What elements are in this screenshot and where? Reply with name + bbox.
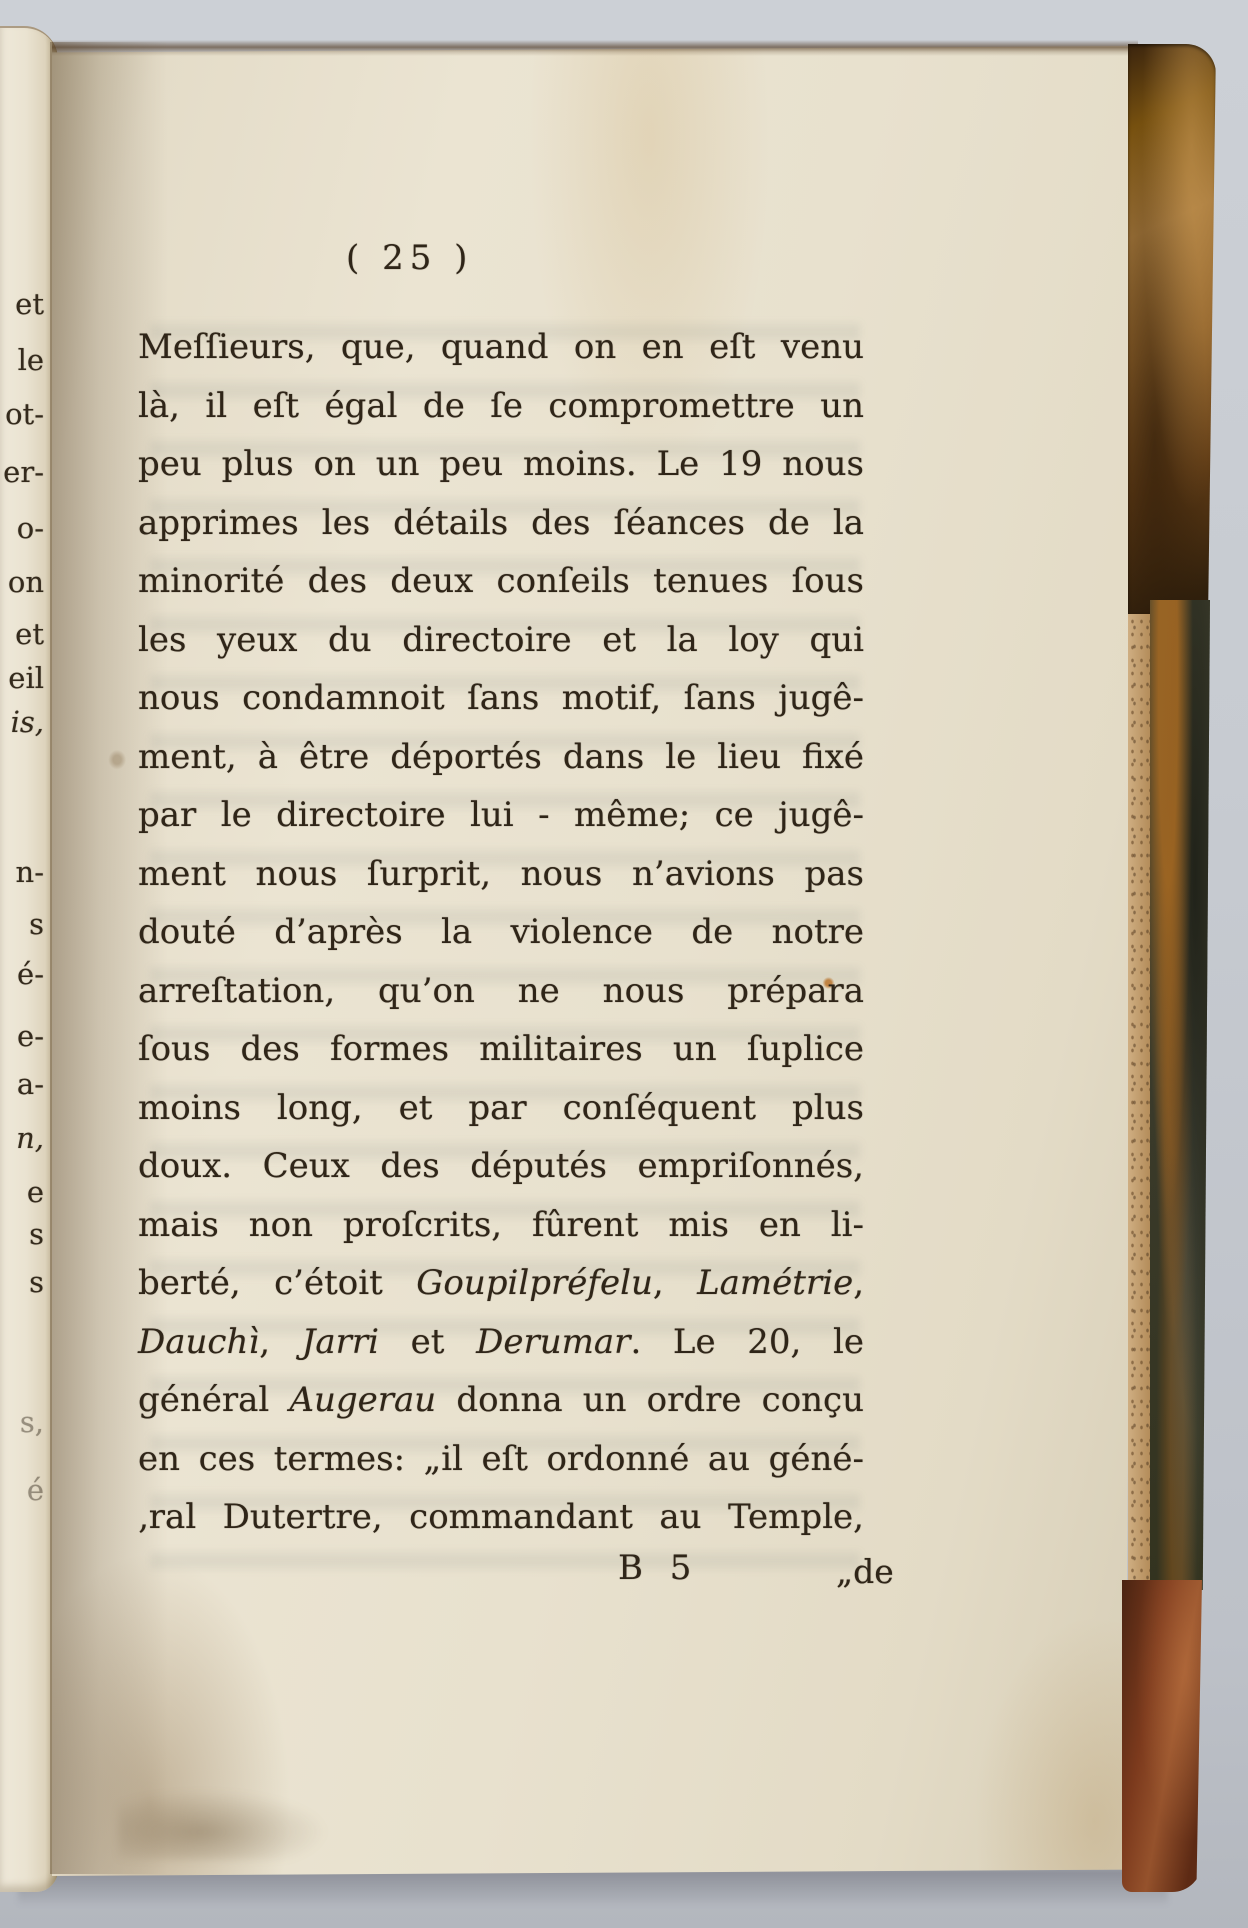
body-line-text: ,	[259, 1322, 301, 1362]
left-page-text-fragment: é	[0, 1476, 49, 1505]
body-line-text: en ces termes: „il eſt ordonné au géné-	[138, 1439, 864, 1479]
cover-leather-edge	[1122, 1580, 1202, 1892]
cover-marbled-board	[1150, 600, 1210, 1590]
body-line-text: apprimes les détails des ſéances de la	[138, 503, 864, 543]
body-line-text: mais non proſcrits, fûrent mis en li-	[138, 1205, 864, 1245]
body-line-text: peu plus on un peu moins. Le 19 nous	[138, 444, 864, 484]
signature-mark: B 5	[618, 1548, 699, 1588]
body-line: ‚ral Dutertre, commandant au Temple,	[138, 1488, 864, 1547]
body-line: nous condamnoit ſans motif, ſans jugê-	[138, 669, 864, 728]
body-line: doux. Ceux des députés empriſonnés,	[138, 1137, 864, 1196]
body-line-text: là, il eſt égal de ſe compromettre un	[138, 386, 864, 426]
italic-proper-name: Augerau	[289, 1380, 436, 1420]
body-line-text: ment, à être déportés dans le lieu fixé	[138, 737, 864, 777]
body-line-text: doux. Ceux des députés empriſonnés,	[138, 1146, 864, 1186]
body-line: berté, c’étoit Goupilpréfelu, Lamétrie,	[138, 1254, 864, 1313]
left-page-text-fragment: ot-	[0, 400, 49, 429]
body-line: les yeux du directoire et la loy qui	[138, 611, 864, 670]
left-page-text-fragment: n-	[0, 858, 49, 887]
body-line: arreſtation, qu’on ne nous prépara	[138, 962, 864, 1021]
body-line-text: et	[379, 1322, 476, 1362]
left-page-text-fragment: is,	[0, 708, 49, 737]
body-line-text: ment nous ſurprit, nous n’avions pas	[138, 854, 864, 894]
body-line-text: ‚ral Dutertre, commandant au Temple,	[138, 1497, 864, 1537]
left-page-text-fragment: s	[0, 1268, 49, 1297]
body-line: peu plus on un peu moins. Le 19 nous	[138, 435, 864, 494]
body-line-text: nous condamnoit ſans motif, ſans jugê-	[138, 678, 864, 718]
left-page-text-fragment: s	[0, 1220, 49, 1249]
body-line-text: Meſſieurs, que, quand on en eſt venu	[138, 327, 864, 367]
body-line: douté d’après la violence de notre	[138, 903, 864, 962]
body-line: minorité des deux conſeils tenues ſous	[138, 552, 864, 611]
body-line: là, il eſt égal de ſe compromettre un	[138, 377, 864, 436]
left-page-text-fragment: e	[0, 1178, 49, 1207]
body-line: Dauchì, Jarri et Derumar. Le 20, le	[138, 1313, 864, 1372]
body-line: ment nous ſurprit, nous n’avions pas	[138, 845, 864, 904]
body-line: mais non proſcrits, fûrent mis en li-	[138, 1196, 864, 1255]
body-line-text: donna un ordre conçu	[436, 1380, 864, 1420]
left-page-text-fragment: s	[0, 910, 49, 939]
italic-proper-name: Derumar	[476, 1322, 630, 1362]
left-page-text-fragment: on	[0, 568, 49, 597]
body-line-text: les yeux du directoire et la loy qui	[138, 620, 864, 660]
cover-corner-leather	[1128, 44, 1216, 614]
body-line-text: . Le 20, le	[630, 1322, 864, 1362]
body-line-text: arreſtation, qu’on ne nous prépara	[138, 971, 864, 1011]
foxing-stain	[118, 1790, 328, 1860]
left-page-text-fragment: a-	[0, 1070, 49, 1099]
body-line-text: douté d’après la violence de notre	[138, 912, 864, 952]
italic-proper-name: Jarri	[302, 1322, 379, 1362]
body-line-text: général	[138, 1380, 289, 1420]
italic-proper-name: Lamétrie	[697, 1263, 853, 1303]
left-page-text-fragment: et	[0, 290, 49, 319]
left-page-text-fragment: é-	[0, 960, 49, 989]
body-line-text: ,	[853, 1263, 864, 1303]
body-line: général Augerau donna un ordre conçu	[138, 1371, 864, 1430]
left-page-text-fragment: o-	[0, 514, 49, 543]
body-text: Meſſieurs, que, quand on en eſt venulà, …	[138, 318, 864, 1547]
page-number-header: ( 25 )	[138, 238, 864, 278]
body-line-text: ,	[653, 1263, 697, 1303]
body-line-text: moins long, et par conſéquent plus	[138, 1088, 864, 1128]
body-line-text: par le directoire lui - même; ce jugê-	[138, 795, 864, 835]
left-page-text-fragment: eil	[0, 664, 49, 693]
body-line: Meſſieurs, que, quand on en eſt venu	[138, 318, 864, 377]
left-page-text-fragment: n,	[0, 1124, 49, 1153]
body-line: par le directoire lui - même; ce jugê-	[138, 786, 864, 845]
left-page-text-fragment: e-	[0, 1022, 49, 1051]
italic-proper-name: Goupilpréfelu	[416, 1263, 653, 1303]
page-number: ( 25 )	[346, 238, 473, 278]
italic-proper-name: Dauchì	[138, 1322, 259, 1362]
left-page-text-fragment: le	[0, 346, 49, 375]
left-page-text-fragment: et	[0, 620, 49, 649]
body-line-text: minorité des deux conſeils tenues ſous	[138, 561, 864, 601]
book-photo: etleot-er-o-oneteilis,n-sé-e-a-n,esss,é …	[0, 0, 1248, 1928]
body-line: ment, à être déportés dans le lieu fixé	[138, 728, 864, 787]
left-page-text-fragment: s,	[0, 1408, 49, 1437]
body-line: apprimes les détails des ſéances de la	[138, 494, 864, 553]
body-line-text: berté, c’étoit	[138, 1263, 416, 1303]
body-line: moins long, et par conſéquent plus	[138, 1079, 864, 1138]
catchword: „de	[836, 1552, 894, 1591]
body-line-text: ſous des formes militaires un ſuplice	[138, 1029, 864, 1069]
page-top-edge	[52, 40, 1138, 56]
body-line: en ces termes: „il eſt ordonné au géné-	[138, 1430, 864, 1489]
left-page-text-fragment: er-	[0, 458, 49, 487]
body-line: ſous des formes militaires un ſuplice	[138, 1020, 864, 1079]
